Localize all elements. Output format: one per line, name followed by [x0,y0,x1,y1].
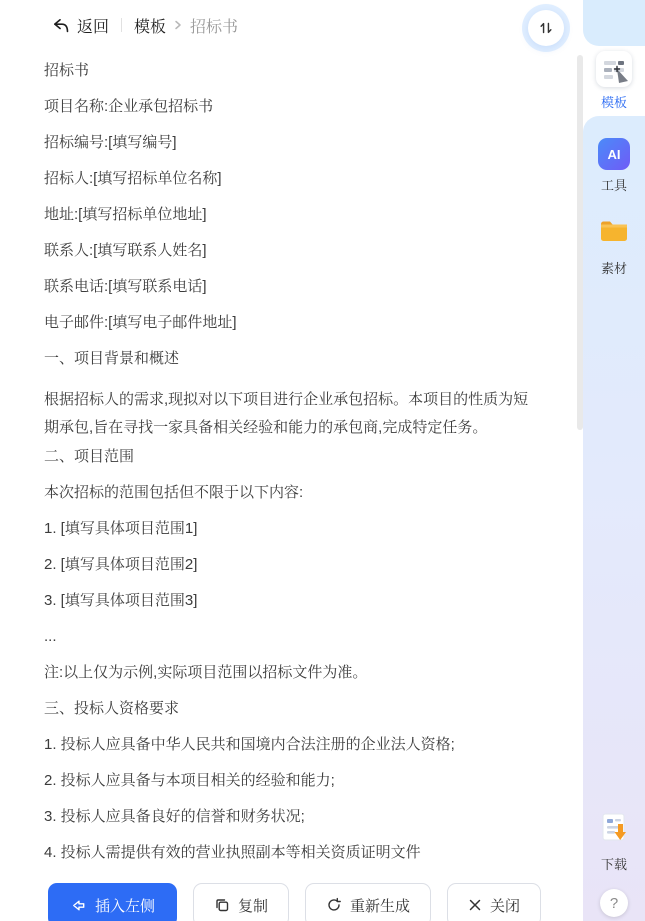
bottom-toolbar: 插入左侧 复制 重新生成 关闭 [0,878,583,921]
sidebar-item-download[interactable]: 下载 [597,810,631,873]
insert-left-button[interactable]: 插入左侧 [48,883,177,921]
doc-ellipsis: ... [44,628,535,646]
template-icon [596,51,632,87]
insert-left-label: 插入左侧 [95,895,155,916]
doc-line: 招标编号:[填写编号] [44,134,535,152]
doc-title: 招标书 [44,62,535,80]
sidebar-item-download-label: 下载 [601,854,627,873]
doc-list-item: 4. 投标人需提供有效的营业执照副本等相关资质证明文件 [44,844,535,862]
sidebar-item-ai-tools[interactable]: AI 工具 [598,138,630,194]
doc-line: 联系人:[填写联系人姓名] [44,242,535,260]
doc-list-item: 2. 投标人应具备与本项目相关的经验和能力; [44,772,535,790]
back-button[interactable]: 返回 [52,14,109,37]
sidebar-item-template[interactable]: 模板 [583,46,645,116]
template-preview-window: 返回 模板 招标书 招标书 项目名称:企业承包招标书 招标编号:[填写编号] 招… [0,0,645,921]
question-icon: ? [610,895,618,912]
doc-list-item: 1. [填写具体项目范围1] [44,520,535,538]
sidebar-top-panel [583,0,645,46]
close-label: 关闭 [490,895,520,916]
doc-line: 联系电话:[填写联系电话] [44,278,535,296]
doc-line: 地址:[填写招标单位地址] [44,206,535,224]
back-label: 返回 [77,14,109,37]
close-button[interactable]: 关闭 [447,883,541,921]
sort-arrows-icon [537,19,555,37]
doc-list-item: 3. 投标人应具备良好的信誉和财务状况; [44,808,535,826]
folder-icon [597,214,631,253]
doc-section-heading: 三、投标人资格要求 [44,700,535,718]
doc-list-item: 1. 投标人应具备中华人民共和国境内合法注册的企业法人资格; [44,736,535,754]
breadcrumb-root[interactable]: 模板 [134,14,166,37]
topbar: 返回 模板 招标书 [0,0,583,50]
sidebar-item-assets[interactable]: 素材 [597,214,631,277]
back-arrow-icon [52,16,71,35]
copy-icon [214,897,230,913]
doc-section-heading: 一、项目背景和概述 [44,350,535,368]
refresh-icon [326,897,342,913]
breadcrumb-current: 招标书 [190,14,238,37]
doc-line: 本次招标的范围包括但不限于以下内容: [44,484,535,502]
doc-line: 招标人:[填写招标单位名称] [44,170,535,188]
sidebar-item-template-label: 模板 [601,92,627,111]
chevron-right-icon [172,19,184,31]
download-doc-icon [597,810,631,849]
copy-button[interactable]: 复制 [193,883,289,921]
right-sidebar: 模板 AI 工具 素材 [583,0,645,921]
doc-note: 注:以上仅为示例,实际项目范围以招标文件为准。 [44,664,535,682]
doc-list-item: 2. [填写具体项目范围2] [44,556,535,574]
ai-icon: AI [598,138,630,170]
sort-button[interactable] [528,10,564,46]
regenerate-label: 重新生成 [350,895,410,916]
doc-paragraph: 根据招标人的需求,现拟对以下项目进行企业承包招标。本项目的性质为短期承包,旨在寻… [44,386,535,442]
arrow-left-icon [70,897,87,914]
document-preview: 招标书 项目名称:企业承包招标书 招标编号:[填写编号] 招标人:[填写招标单位… [0,50,583,921]
doc-section-heading: 二、项目范围 [44,448,535,466]
doc-list-item: 3. [填写具体项目范围3] [44,592,535,610]
help-button[interactable]: ? [600,889,628,917]
sidebar-bottom-panel: AI 工具 素材 [583,116,645,921]
doc-line: 项目名称:企业承包招标书 [44,98,535,116]
doc-line: 电子邮件:[填写电子邮件地址] [44,314,535,332]
sidebar-item-assets-label: 素材 [601,258,627,277]
close-icon [468,898,482,912]
copy-label: 复制 [238,895,268,916]
breadcrumb-divider [121,18,122,32]
regenerate-button[interactable]: 重新生成 [305,883,431,921]
sidebar-item-ai-tools-label: 工具 [601,175,627,194]
